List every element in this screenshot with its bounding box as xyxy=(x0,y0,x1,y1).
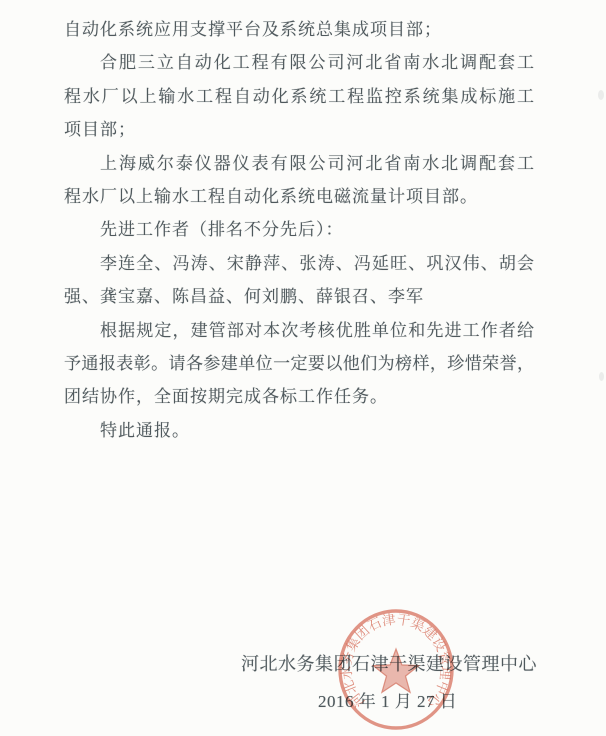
body-line: 李连全、冯涛、宋静萍、张涛、冯延旺、巩汉伟、胡会 xyxy=(64,247,534,280)
body-line: 程水厂以上输水工程自动化系统电磁流量计项目部。 xyxy=(64,180,534,213)
body-line: 合肥三立自动化工程有限公司河北省南水北调配套工 xyxy=(64,46,534,79)
official-seal: 河北水务集团石津干渠建设管理中心 xyxy=(335,606,457,733)
body-line: 先进工作者（排名不分先后）： xyxy=(64,213,534,246)
body-line: 团结协作，全面按期完成各标工作任务。 xyxy=(64,380,534,413)
notice-body: 自动化系统应用支撑平台及系统总集成项目部；合肥三立自动化工程有限公司河北省南水北… xyxy=(64,13,534,447)
body-line: 自动化系统应用支撑平台及系统总集成项目部； xyxy=(64,13,534,46)
body-line: 予通报表彰。请各参建单位一定要以他们为榜样，珍惜荣誉， xyxy=(64,347,534,380)
body-line: 项目部； xyxy=(64,113,534,146)
body-line: 强、龚宝嘉、陈昌益、何刘鹏、薛银召、李军 xyxy=(64,280,534,313)
scan-smudge xyxy=(599,372,604,381)
document-page: 自动化系统应用支撑平台及系统总集成项目部；合肥三立自动化工程有限公司河北省南水北… xyxy=(0,0,606,736)
body-line: 程水厂以上输水工程自动化系统工程监控系统集成标施工 xyxy=(64,80,534,113)
scan-smudge xyxy=(598,90,604,100)
star-icon xyxy=(373,649,419,692)
body-line: 上海威尔泰仪器仪表有限公司河北省南水北调配套工 xyxy=(64,147,534,180)
body-line: 根据规定，建管部对本次考核优胜单位和先进工作者给 xyxy=(64,314,534,347)
body-line: 特此通报。 xyxy=(64,414,534,447)
